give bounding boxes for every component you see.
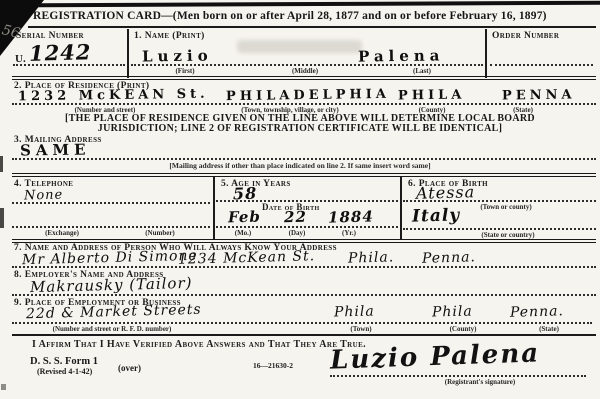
- last-sublabel: (Last): [413, 67, 431, 75]
- name-dotted-line: [131, 64, 483, 66]
- employment-street-sublabel: (Number and street or R. F. D. number): [53, 325, 172, 333]
- name-label: 1. Name (Print): [134, 31, 205, 41]
- employment-street-value: 22d & Market Streets: [26, 302, 202, 323]
- mo-sublabel: (Mo.): [235, 229, 252, 237]
- card-top-edge: [38, 1, 600, 7]
- employer-dotted-line: [12, 294, 596, 296]
- dob-month-value: Feb: [228, 208, 261, 227]
- title-rule: [28, 26, 596, 28]
- birthplace-country-value: Italy: [412, 205, 461, 226]
- birthplace-dotted-line: [403, 200, 596, 202]
- middle-sublabel: (Middle): [292, 67, 318, 75]
- registration-card-scan: 56 REGISTRATION CARD—(Men born on or aft…: [0, 0, 600, 399]
- contact-state-value: Penna.: [422, 249, 476, 266]
- print-code: 16—21630-2: [253, 361, 293, 370]
- dob-dotted-line: [216, 226, 398, 228]
- form-number: D. S. S. Form 1: [30, 356, 98, 367]
- residence-street-value: 1232 McKEAN St.: [18, 87, 209, 105]
- order-number-label: Order Number: [492, 31, 559, 41]
- first-name-value: Luzio: [142, 47, 213, 66]
- dob-year-value: 1884: [328, 207, 374, 226]
- signature-sublabel: (Registrant's signature): [445, 378, 515, 386]
- last-name-value: Palena: [358, 46, 445, 65]
- signature-dotted-line: [330, 375, 586, 377]
- exchange-sublabel: (Exchange): [45, 229, 79, 237]
- column-divider: [127, 29, 129, 78]
- contact-city-value: Phila.: [348, 249, 395, 266]
- registrant-signature: Luzio Palena: [330, 338, 541, 375]
- birthplace-dotted-line2: [403, 228, 596, 230]
- number-sublabel: (Number): [145, 229, 175, 237]
- over-note: (over): [118, 363, 141, 373]
- employment-county-value: Phila: [432, 303, 473, 320]
- employer-value: Makrausky (Tailor): [30, 274, 193, 296]
- section-divider: [12, 173, 596, 177]
- telephone-dotted-line2: [12, 226, 210, 228]
- employment-town-value: Phila: [334, 303, 375, 320]
- column-divider: [213, 177, 215, 239]
- form-revision: (Revised 4-1-42): [37, 367, 92, 376]
- dob-day-value: 22: [284, 208, 307, 227]
- mailing-value: SAME: [20, 141, 91, 160]
- serial-number-value: 1242: [29, 39, 92, 66]
- residence-state-value: PENNA: [502, 87, 576, 103]
- section-divider: [12, 76, 596, 80]
- employment-state-sublabel: (State): [539, 325, 559, 333]
- contact-street-value: 1234 McKean St.: [178, 248, 315, 268]
- day-sublabel: (Day): [289, 229, 306, 237]
- employment-dotted-line: [12, 322, 592, 324]
- column-divider: [485, 29, 487, 78]
- telephone-dotted-line: [12, 202, 210, 204]
- residence-dotted-line: [12, 103, 596, 105]
- employment-state-value: Penna.: [510, 303, 564, 320]
- pencil-smudge-mark: [237, 40, 362, 53]
- card-title: REGISTRATION CARD—(Men born on or after …: [33, 10, 547, 22]
- scan-edge-mark: [0, 208, 4, 228]
- mailing-dotted-line: [12, 158, 596, 160]
- employment-county-sublabel: (County): [450, 325, 477, 333]
- order-dotted-line: [490, 64, 593, 66]
- scan-edge-mark: [1, 384, 6, 390]
- residence-county-value: PHILA: [398, 88, 466, 104]
- column-divider: [400, 177, 402, 239]
- affirmation-text: I Affirm That I Have Verified Above Answ…: [32, 339, 366, 350]
- section-divider: [12, 334, 596, 336]
- residence-city-value: PHILADELPHIA: [226, 87, 390, 104]
- serial-dotted-line: [13, 64, 125, 66]
- jurisdiction-notice-line2: JURISDICTION; LINE 2 OF REGISTRATION CER…: [0, 123, 600, 134]
- mailing-hint: [Mailing address if other than place ind…: [0, 161, 600, 170]
- first-sublabel: (First): [175, 67, 194, 75]
- birthplace-town-sublabel: (Town or county): [480, 203, 531, 211]
- birthplace-country-sublabel: (State or country): [481, 231, 534, 239]
- contact-dotted-line: [12, 266, 596, 268]
- employment-town-sublabel: (Town): [350, 325, 371, 333]
- yr-sublabel: (Yr.): [342, 229, 356, 237]
